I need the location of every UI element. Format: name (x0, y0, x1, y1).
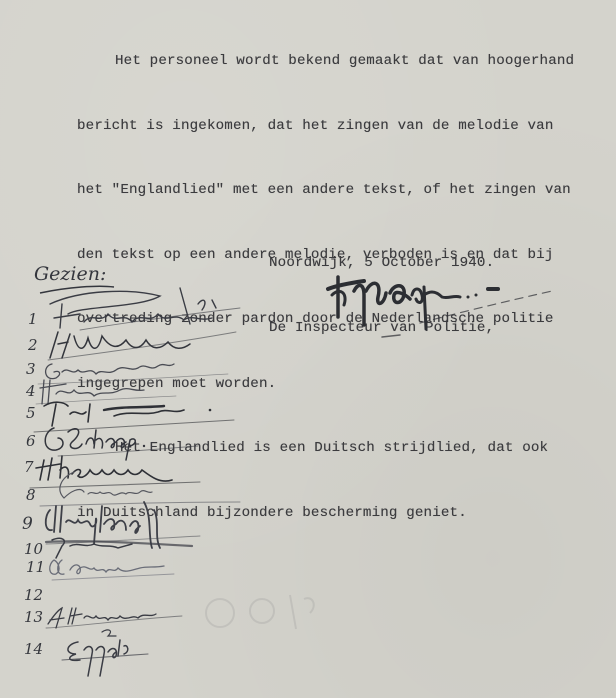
handwritten-signature-icon (40, 284, 250, 334)
entry-number: 11 (26, 558, 45, 576)
entry-number: 2 (28, 336, 38, 354)
entry-number: 13 (24, 608, 43, 626)
entry-number: 1 (28, 310, 38, 328)
body-line: Het personeel wordt bekend gemaakt dat v… (77, 51, 574, 73)
handwritten-signature-icon (58, 632, 168, 682)
entry-number: 3 (26, 360, 36, 378)
entry-number: 12 (24, 586, 43, 604)
body-line: bericht is ingekomen, dat het zingen van… (77, 116, 574, 138)
faded-stamp-icon (200, 585, 340, 645)
signatures-list-title: Gezien: (34, 263, 106, 285)
body-line: het "Englandlied" met een andere tekst, … (77, 180, 574, 202)
entry-number: 9 (22, 514, 33, 534)
entry-number: 8 (26, 486, 36, 504)
inspector-signature (320, 265, 560, 345)
handwritten-signature-icon (44, 552, 184, 582)
entry-number: 14 (24, 640, 43, 658)
entry-number: 10 (24, 540, 43, 558)
